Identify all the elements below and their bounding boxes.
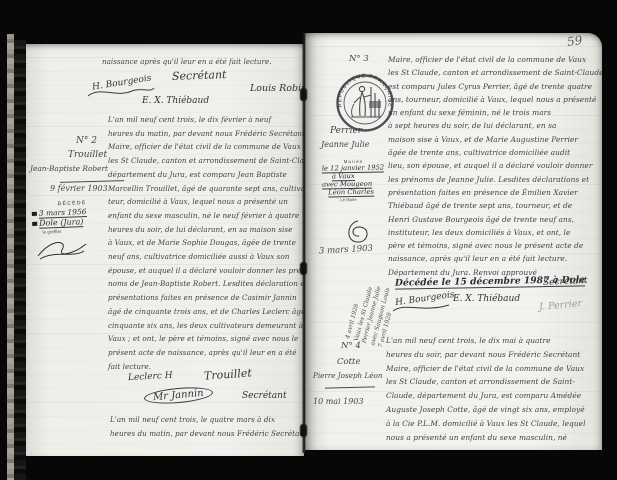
handwritten-line: heures du soir, de lui déclarant, en sa … <box>108 223 304 237</box>
handwritten-line: Thiébaud âgé de trente sept ans, tourneu… <box>388 199 600 212</box>
margin-surname: Trouillet <box>68 150 107 160</box>
handwritten-line: à Vaux, et de Marie Sophie Dougas, âgée … <box>108 236 304 250</box>
margin-act-number: N° 2 <box>76 136 97 146</box>
margin-surname: Perrier <box>330 126 362 136</box>
death-stamp: DÉCÉDÉ 3 mars 1956 Dole (Jura) le greffi… <box>31 200 87 235</box>
signature-witness-2: E. X. Thiébaud <box>453 294 520 304</box>
handwritten-line: L'an mil neuf cent trois, le quatre mars… <box>110 413 304 427</box>
right-page: 59 N° 3 RÉPUBLIQUE FRANÇAISE Perrier Jea… <box>305 33 602 450</box>
previous-act-closing-line: naissance après qu'il leur en a été fait… <box>102 57 272 66</box>
margin-act-number: N° 4 <box>341 341 361 351</box>
handwritten-line: Auguste Joseph Cotte, âgé de vingt six a… <box>386 403 600 417</box>
act-2-text: L'an mil neuf cent trois, le dix février… <box>108 113 304 373</box>
margin-given-names: Jean-Baptiste Robert <box>30 164 108 173</box>
handwritten-line: teur, domicilié à Vaux, lequel nous a pr… <box>108 195 304 209</box>
handwritten-line: à la Cie P.L.M. domicilié à Vaux les St … <box>386 417 600 431</box>
act-3-opening-text: L'an mil neuf cent trois, le quatre mars… <box>110 413 304 440</box>
margin-act-date: 3 mars 1903 <box>319 244 373 257</box>
handwritten-line: un enfant du sexe féminin, né le trois m… <box>388 106 600 119</box>
book-spine-shadow <box>14 40 26 480</box>
signature-witness: Leclerc H <box>128 371 173 383</box>
handwritten-line: nous a présenté un enfant du sexe mascul… <box>386 431 600 445</box>
handwritten-line: les St Claude, canton et arrondissement … <box>108 154 304 168</box>
binding-mark <box>300 424 307 437</box>
signature-father-faint: J. Perrier <box>539 298 583 313</box>
act-3-text: Maire, officier de l'état civil de la co… <box>388 53 600 279</box>
handwritten-line: les prénoms de Jeanne Julie. Lesdites dé… <box>388 173 600 186</box>
margin-act-number: N° 3 <box>349 54 369 64</box>
handwritten-line: épouse, et auquel il a déclaré vouloir d… <box>108 264 304 278</box>
death-stamp-title: DÉCÉDÉ <box>57 200 86 207</box>
handwritten-line: heures du matin, par devant nous Frédéri… <box>110 427 304 441</box>
act-4-text: L'an mil neuf cent trois, le dix mai à q… <box>386 334 600 444</box>
left-page: naissance après qu'il leur en a été fait… <box>26 44 304 456</box>
marriage-stamp-spouse-2: Léon Charles <box>328 187 385 196</box>
handwritten-line: à sept heures du soir, de lui déclarant,… <box>388 119 600 132</box>
handwritten-line: L'an mil neuf cent trois, le dix mai à q… <box>386 334 600 348</box>
handwritten-line: présentations faites en présence de Casi… <box>108 291 304 305</box>
signature-father: Trouillet <box>204 366 253 382</box>
handwritten-line: Marcellin Trouillet, âgé de quarante sep… <box>108 182 304 196</box>
handwritten-line: cinquante six ans, les deux cultivateurs… <box>108 319 304 333</box>
margin-act-date: 10 mai 1903 <box>313 397 364 406</box>
handwritten-line: Henri Gustave Bourgeois âgé de trente ne… <box>388 213 600 226</box>
handwritten-line: maison sise à Vaux, et de Marie Augustin… <box>388 133 600 146</box>
handwritten-line: père et témoins, signé avec nous le prés… <box>388 239 600 252</box>
handwritten-line: heures du matin, par devant nous Frédéri… <box>108 127 304 141</box>
handwritten-line: heures du soir, par devant nous Frédéric… <box>386 348 600 362</box>
handwritten-line: est comparu Jules Cyrus Perrier, âgé de … <box>388 80 600 93</box>
handwritten-line: Maire, officier de l'état civil de la co… <box>386 362 600 376</box>
binding-mark <box>300 88 307 101</box>
stamp-ink-blob <box>32 222 37 226</box>
signature-witness-2: E. X. Thiébaud <box>142 96 209 106</box>
handwritten-line: noms de Jean-Baptiste Robert. Lesdites d… <box>108 277 304 291</box>
handwritten-line: les St Claude, canton et arrondissement … <box>386 375 600 389</box>
handwritten-line: instituteur, les deux domiciliés à Vaux,… <box>388 226 600 239</box>
page-number: 59 <box>566 33 583 49</box>
handwritten-line: les St Claude, canton et arrondissement … <box>388 66 600 79</box>
signature-witness: Louis Robin <box>250 83 304 94</box>
binding-mark <box>300 262 307 275</box>
handwritten-line: Maire, officier de l'état civil de la co… <box>108 140 304 154</box>
marriage-stamp: Mariée le 12 janvier 1952 à Vaux avec Mo… <box>322 158 385 202</box>
marianne-figure <box>351 86 381 117</box>
marriage-stamp-officer: Le Maire <box>340 196 385 202</box>
signature-officiant: Secrétant <box>242 391 287 401</box>
death-stamp-place: Dole (Jura) <box>32 217 88 228</box>
handwritten-line: présentation faites en présence de Émili… <box>388 186 600 199</box>
signature-flourish <box>391 301 451 315</box>
margin-given-names: Pierre Joseph Léon <box>313 371 382 380</box>
handwritten-line: âgé de cinquante trois ans, et de Charle… <box>108 305 304 319</box>
margin-given-names: Jeanne Julie <box>321 140 370 149</box>
signature-witness-oval: Mr Jannin <box>143 385 213 406</box>
margin-underline <box>325 386 375 388</box>
handwritten-line: neuf ans, cultivatrice domiciliée aussi … <box>108 250 304 264</box>
margin-act-date: 9 février 1903 <box>50 184 108 193</box>
handwritten-line: L'an mil neuf cent trois, le dix février… <box>108 113 304 127</box>
handwritten-line: présent acte de naissance, après qu'il l… <box>108 346 304 360</box>
signature-officiant: Secrétant <box>172 68 227 83</box>
handwritten-line: Claude, département du Jura, est comparu… <box>386 389 600 403</box>
handwritten-line: Vaux ; et ont, le père et témoins, signé… <box>108 332 304 346</box>
margin-surname: Cotte <box>337 357 360 367</box>
handwritten-line: naissance, après qu'il leur en a été fai… <box>388 252 600 265</box>
signature-flourish <box>34 236 90 262</box>
handwritten-line: ans, tourneur, domicilié à Vaux, lequel … <box>388 93 600 106</box>
stamp-ink-blob <box>32 212 37 216</box>
handwritten-line: lieu, son épouse, et auquel il a déclaré… <box>388 159 600 172</box>
handwritten-line: Maire, officier de l'état civil de la co… <box>388 53 600 66</box>
book-spine-edge <box>7 34 14 480</box>
death-stamp-officer: le greffier <box>42 228 87 235</box>
civil-register-scan: naissance après qu'il leur en a été fait… <box>0 0 617 480</box>
handwritten-line: âgée de trente ans, cultivatrice domicil… <box>388 146 600 159</box>
republique-francaise-seal: RÉPUBLIQUE FRANÇAISE <box>335 73 395 133</box>
handwritten-line: enfant du sexe masculin, né le neuf févr… <box>108 209 304 223</box>
handwritten-line: département du Jura, est comparu Jean Ba… <box>108 168 304 182</box>
